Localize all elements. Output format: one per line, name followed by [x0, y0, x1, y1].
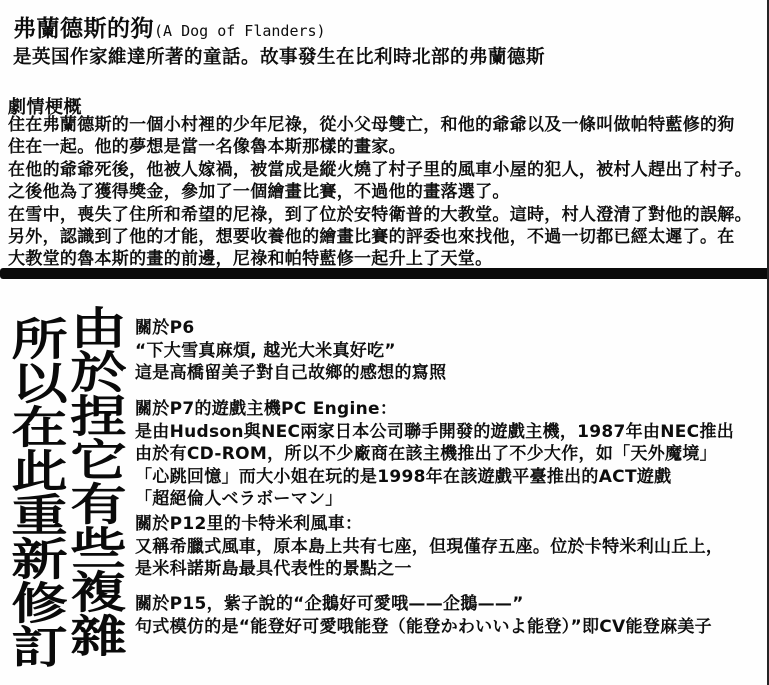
plot-line: 在他的爺爺死後，他被人嫁禍，被當成是縱火燒了村子里的風車小屋的犯人，被村人趕出了…: [8, 159, 764, 181]
note-title: 關於P15，紫子說的“企鵝好可愛哦——企鵝——”: [135, 593, 763, 616]
note-line: 是米科諾斯島最具代表性的景點之一: [135, 558, 763, 581]
plot-line: 住在一起。他的夢想是當一名像魯本斯那樣的畫家。: [8, 136, 764, 158]
note-line: 「超絕倫人ベラボーマン」: [135, 488, 763, 511]
note-line: 是由Hudson與NEC兩家日本公司聯手開發的遊戲主機，1987年由NEC推出: [135, 421, 763, 444]
note-title: 關於P12里的卡特米利風車：: [135, 513, 763, 536]
note-line: 句式模仿的是“能登好可愛哦能登（能登かわいいよ能登）”即CV能登麻美子: [135, 616, 763, 639]
plot-line: 在雪中，喪失了住所和希望的尼祿，到了位於安特衛普的大教堂。這時，村人澄清了對他的…: [8, 204, 764, 226]
vertical-headline-right-column: 由於捏它有些複雜: [64, 305, 120, 657]
title-latin-text: (A Dog of Flanders): [154, 22, 326, 40]
note-p6: 關於P6 “下大雪真麻煩, 越光大米真好吃” 這是高橋留美子對自己故鄉的感想的寫…: [135, 317, 763, 385]
note-title: 關於P7的遊戲主機PC Engine：: [135, 398, 763, 421]
note-title: 關於P6: [135, 317, 763, 340]
vertical-headline-left-column: 所以在此重新修訂: [5, 316, 61, 668]
scanned-notes-page: 弗蘭德斯的狗(A Dog of Flanders) 是英国作家維達所著的童話。故…: [0, 0, 769, 685]
note-line: 又稱希臘式風車，原本島上共有七座，但現僅存五座。位於卡特米利山丘上，: [135, 536, 763, 559]
note-p12: 關於P12里的卡特米利風車： 又稱希臘式風車，原本島上共有七座，但現僅存五座。位…: [135, 513, 763, 581]
plot-line: 住在弗蘭德斯的一個小村裡的少年尼祿，從小父母雙亡，和他的爺爺以及一條叫做帕特藍修…: [8, 114, 764, 136]
title-cjk-text: 弗蘭德斯的狗: [13, 16, 154, 42]
note-p7: 關於P7的遊戲主機PC Engine： 是由Hudson與NEC兩家日本公司聯手…: [135, 398, 763, 511]
note-p15: 關於P15，紫子說的“企鵝好可愛哦——企鵝——” 句式模仿的是“能登好可愛哦能登…: [135, 593, 763, 638]
note-line: 這是高橋留美子對自己故鄉的感想的寫照: [135, 362, 763, 385]
plot-line: 另外，認識到了他的才能，想要收養他的繪畫比賽的評委也來找他，不過一切都已經太遲了…: [8, 226, 764, 248]
note-line: “下大雪真麻煩, 越光大米真好吃”: [135, 340, 763, 363]
document-subtitle: 是英国作家維達所著的童話。故事發生在比利時北部的弗蘭德斯: [13, 43, 545, 69]
plot-paragraph: 住在弗蘭德斯的一個小村裡的少年尼祿，從小父母雙亡，和他的爺爺以及一條叫做帕特藍修…: [8, 114, 764, 271]
note-line: 由於有CD-ROM，所以不少廠商在該主機推出了不少大作，如「天外魔境」: [135, 443, 763, 466]
note-line: 「心跳回憶」而大小姐在玩的是1998年在該遊戲平臺推出的ACT遊戲: [135, 466, 763, 489]
section-divider: [0, 268, 769, 279]
plot-line: 之後他為了獲得獎金，參加了一個繪畫比賽，不過他的畫落選了。: [8, 181, 764, 203]
document-title: 弗蘭德斯的狗(A Dog of Flanders): [13, 14, 326, 46]
